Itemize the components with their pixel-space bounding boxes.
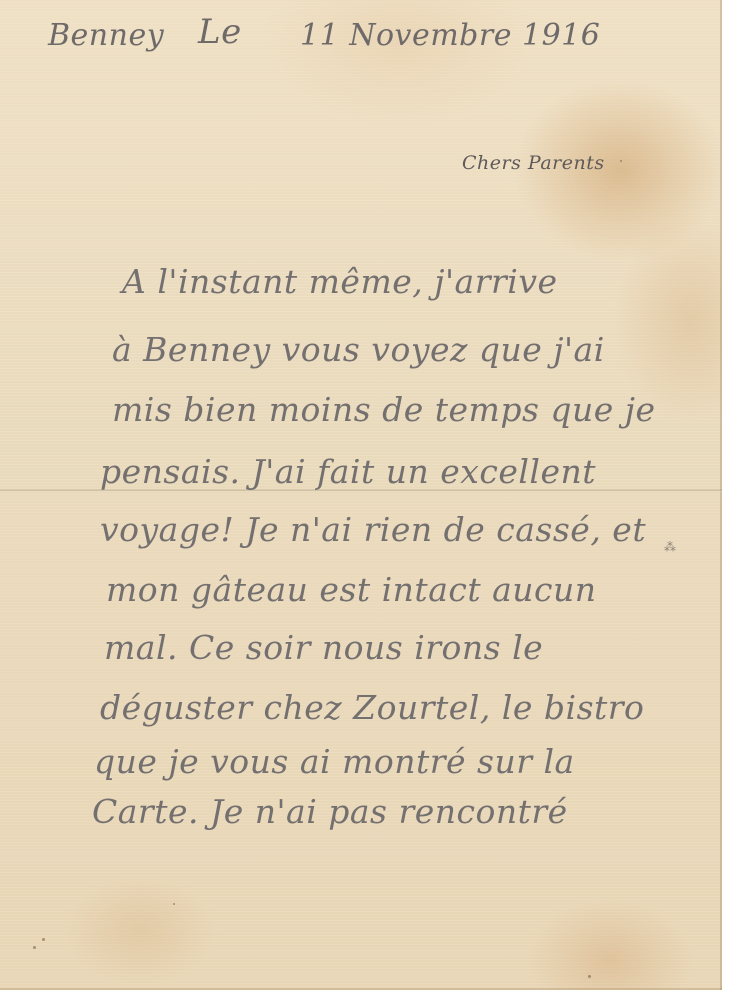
letter-place: Benney [48,18,164,53]
margin-mark: ⁂ [664,540,676,554]
letter-line: Carte. Je n'ai pas rencontré [92,792,568,832]
foxing-speck [33,946,36,949]
foxing-speck [173,903,175,905]
letter-date-prefix: Le [198,12,242,52]
letter-line: pensais. J'ai fait un excellent [100,452,596,492]
letter-line: mal. Ce soir nous irons le [104,628,543,668]
letter-line: mon gâteau est intact aucun [106,570,597,610]
letter-line: mis bien moins de temps que je [112,390,656,430]
letter-line: A l'instant même, j'arrive [122,262,558,302]
letter-page: Benney Le 11 Novembre 1916 Chers Parents… [0,0,722,990]
letter-date: 11 Novembre 1916 [300,18,600,53]
letter-line: que je vous ai montré sur la [94,742,575,782]
foxing-speck [42,938,45,941]
foxing-speck [588,975,591,978]
letter-line: à Benney vous voyez que j'ai [112,330,605,370]
letter-salutation: Chers Parents [462,152,605,174]
foxing-speck [620,160,622,162]
letter-line: voyage! Je n'ai rien de cassé, et [100,510,646,550]
letter-line: déguster chez Zourtel, le bistro [100,688,644,728]
